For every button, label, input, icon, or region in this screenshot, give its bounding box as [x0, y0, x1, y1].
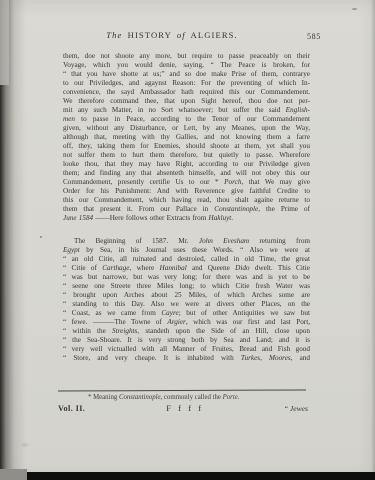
scan-speck	[21, 443, 28, 447]
scan-bottom-edge	[26, 472, 375, 480]
text-line: “ standing to this Day. Also we were at …	[63, 300, 310, 309]
text-line: June 1584 ——Here follows other Extracts …	[63, 214, 310, 223]
signature-mark: F f f f	[166, 403, 203, 413]
text-line: mit any such Matter, in no Sort whatsoev…	[63, 106, 310, 115]
text-line: “ fewe. ———The Towne of Argier, which wa…	[63, 318, 310, 327]
text-line: “ an old Citie, all ruinated and destroi…	[63, 255, 310, 264]
scan-right-edge-shade	[371, 0, 375, 480]
text-line: “ seene one Streete three Miles long; to…	[63, 282, 310, 291]
text-line: We therefore command thee, that upon Sig…	[63, 97, 310, 106]
text-line: The Beginning of 1587. Mr. John Evesham …	[63, 237, 310, 246]
text-line: them that present it. From our Pallace i…	[63, 205, 310, 214]
text-line: “ very well victualled with all Manner o…	[63, 345, 310, 354]
running-title: The HISTORY of ALGIERS.	[52, 30, 292, 40]
scan-speck	[352, 8, 357, 10]
text-line: “ Citie of Carthage, where Hannibal and …	[63, 264, 310, 273]
text-line: “ within the Streights, standeth upon th…	[63, 327, 310, 336]
text-line: “ brought upon Arches about 25 Miles, of…	[63, 291, 310, 300]
text-line: looke thou, that they may have Right, ac…	[63, 160, 310, 169]
text-line: Egypt by Sea, in his Journal uses these …	[63, 246, 310, 255]
footnote-text: * Meaning Constantinople, commonly calle…	[88, 394, 239, 401]
text-line: Commandement, presently certifie Us to o…	[63, 178, 310, 187]
text-line: “ that you have shotte at us;” and so do…	[63, 70, 310, 79]
text-line: “ was but narrowe, but was very long; fo…	[63, 273, 310, 282]
volume-label: Vol. II.	[58, 404, 85, 413]
text-line: “ Coast, as we came from Cayre; but of o…	[63, 309, 310, 318]
paragraph-commandement: them, doe not shoote any more, but requi…	[63, 52, 310, 223]
footnote-rule	[58, 389, 306, 391]
text-line: Order for his Punishment: And with Rever…	[63, 187, 310, 196]
text-line: to our Priviledges, and agaynst Reason: …	[63, 79, 310, 88]
catchword: “ Jewes	[285, 404, 308, 413]
text-line: them, doe not shoote any more, but requi…	[63, 52, 310, 61]
text-line: “ the Sea-Shoare. It is very strong both…	[63, 336, 310, 345]
scanned-book-page: The HISTORY of ALGIERS. 585 them, doe no…	[0, 0, 375, 480]
signature-row: Vol. II. F f f f “ Jewes	[58, 403, 308, 413]
text-line: men to passe in Peace, according to the …	[63, 115, 310, 124]
text-line: “ Store, and very cheape. It is inhabite…	[63, 354, 310, 363]
text-line: off, they, taking them for Enemies, shou…	[63, 142, 310, 151]
text-line: although that, meeting with thy Gallies,…	[63, 133, 310, 142]
text-line: Voyage, which you would denie, saying, “…	[63, 61, 310, 70]
text-line: convenience, the sayd Ambassador hath re…	[63, 88, 310, 97]
text-line: not suffer them to hurt them therefore, …	[63, 151, 310, 160]
scan-speck	[40, 236, 42, 238]
page-number: 585	[307, 32, 321, 41]
text-line: them; and finding any that absenteth him…	[63, 169, 310, 178]
text-line: this our Commandement, which having read…	[63, 196, 310, 205]
paragraph-evesham-journal: The Beginning of 1587. Mr. John Evesham …	[63, 237, 310, 363]
scan-bottom-left-corner	[0, 469, 27, 480]
gutter-top-highlight	[0, 0, 9, 85]
text-line: given, without any Disturbance, or Lett,…	[63, 124, 310, 133]
